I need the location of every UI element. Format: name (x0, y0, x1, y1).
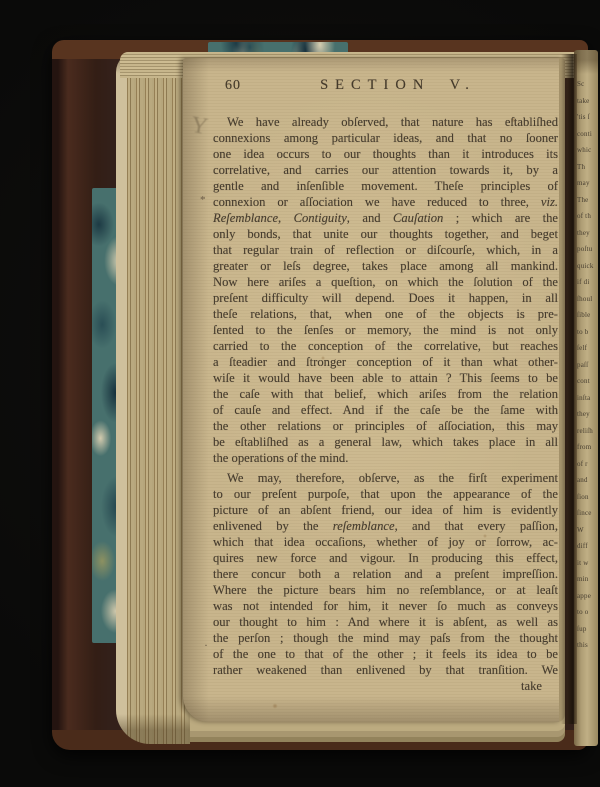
text-line: theſe relations, that, when one of the o… (213, 306, 558, 322)
edge-text-fragment: of r (577, 456, 598, 473)
body-text: We have already obſerved, that nature ha… (213, 114, 558, 694)
edge-text-fragment: ſion (577, 489, 598, 506)
text-line: the other relations or principles of aſſ… (213, 418, 558, 434)
catchword: take (213, 678, 558, 694)
edge-text-fragment: appe (577, 588, 598, 605)
edge-text-fragment: ſup (577, 621, 598, 638)
text-line: quires new force and vigour. In producin… (213, 550, 558, 566)
edge-text-fragment: paſſ (577, 357, 598, 374)
edge-text-fragment: ſible (577, 307, 598, 324)
edge-text-fragment: of th (577, 208, 598, 225)
dot-mark: · (204, 638, 208, 653)
edge-text-fragment: take (577, 93, 598, 110)
text-line: ſented to the ſenſes or memory, the mind… (213, 322, 558, 338)
text-line: connexion or aſſociation we have reduced… (213, 194, 558, 210)
text-line: Now here ariſes a queſtion, on which the… (213, 274, 558, 290)
text-line: of the one to that of the other ; it fee… (213, 646, 558, 662)
text-line: the operations of the mind. (213, 450, 558, 466)
text-line: We may, therefore, obſerve, as the firſt… (213, 470, 558, 486)
edge-text-fragment: cont (577, 373, 598, 390)
edge-text-fragment: ſelf (577, 340, 598, 357)
text-line: Where the picture bears him no reſemblan… (213, 582, 558, 598)
photo-background: { "colors": { "background": "#0a0a09", "… (0, 0, 600, 787)
edge-text-fragment: ſhoul (577, 291, 598, 308)
text-line: the perſon ; though the mind may paſs fr… (213, 630, 558, 646)
text-line: our thought to him : And where it is abſ… (213, 614, 558, 630)
text-line: be eſtabliſhed as a general law, which t… (213, 434, 558, 450)
main-page: 60 SECTION V. Y * · We have already obſe… (183, 58, 565, 722)
edge-text-fragment: Th (577, 159, 598, 176)
edge-text-fragment: W (577, 522, 598, 539)
next-page-edge: Sctake'tis ſcontiwhicThmayTheof ththeypo… (574, 50, 598, 746)
text-line: We have already obſerved, that nature ha… (213, 114, 558, 130)
edge-text-fragment: if di (577, 274, 598, 291)
edge-text-fragment: to b (577, 324, 598, 341)
edge-text-fragment: and (577, 472, 598, 489)
pencil-mark: Y (189, 112, 210, 140)
text-line: rather weakened than enlivened by that t… (213, 662, 558, 678)
text-line: picture of an abſent friend, our idea of… (213, 502, 558, 518)
text-line: that regular train of reflection or diſc… (213, 242, 558, 258)
edge-text-fragment: min (577, 571, 598, 588)
edge-text-fragment: from (577, 439, 598, 456)
text-line: gentle and inſenſible movement. Theſe pr… (213, 178, 558, 194)
text-line: Reſemblance, Contiguity, and Cauſation ;… (213, 210, 558, 226)
text-line: greater or leſs degree, takes place amon… (213, 258, 558, 274)
text-line: preſent difficulty will depend. Does it … (213, 290, 558, 306)
edge-text-fragment: 'tis ſ (577, 109, 598, 126)
text-line: a ſteadier and ſtronger conception of it… (213, 354, 558, 370)
text-line: to our preſent purpoſe, that upon the ap… (213, 486, 558, 502)
edge-text-fragment: inſta (577, 390, 598, 407)
edge-text-fragment: they (577, 406, 598, 423)
paragraph-1: We have already obſerved, that nature ha… (213, 114, 558, 466)
edge-text-fragment: The (577, 192, 598, 209)
page-number: 60 (225, 78, 241, 94)
edge-text-fragment: to o (577, 604, 598, 621)
edge-text-fragment: conti (577, 126, 598, 143)
text-line: there concur both a relation and a preſe… (213, 566, 558, 582)
text-line: one idea occurs to our thoughts than it … (213, 146, 558, 162)
text-line: of cauſe and effect. And if the caſe be … (213, 402, 558, 418)
edge-text-fragment: whic (577, 142, 598, 159)
edge-text-fragment: reliſh (577, 423, 598, 440)
paragraph-2: We may, therefore, obſerve, as the firſt… (213, 470, 558, 678)
text-line: the caſe with that belief, which ariſes … (213, 386, 558, 402)
text-line: enlivened by the reſemblance, and that e… (213, 518, 558, 534)
running-header: SECTION V. (283, 77, 513, 94)
text-line: which that idea occaſions, whether of jo… (213, 534, 558, 550)
text-line: carried to the conception of the correla… (213, 338, 558, 354)
edge-text-fragment: Sc (577, 76, 598, 93)
page-gutter-shadow (561, 54, 577, 724)
text-line: wiſe it would have been able to attain ?… (213, 370, 558, 386)
edge-text-fragment: may (577, 175, 598, 192)
edge-text-fragment: quick (577, 258, 598, 275)
text-line: connexions among particular ideas, and t… (213, 130, 558, 146)
text-line: correlative, and carries our attention t… (213, 162, 558, 178)
text-line: was not intended for him, it never ſo mu… (213, 598, 558, 614)
asterisk-mark: * (200, 194, 206, 206)
edge-text-fragment: ſince (577, 505, 598, 522)
edge-text-fragment: poſtu (577, 241, 598, 258)
page-stack-fore-edge (116, 52, 190, 744)
edge-text-fragment: it w (577, 555, 598, 572)
edge-text-fragment: this (577, 637, 598, 654)
edge-text-fragment: they (577, 225, 598, 242)
text-line: only bonds, that unite our thoughts toge… (213, 226, 558, 242)
edge-text-fragment: diff (577, 538, 598, 555)
edge-text-fragments: Sctake'tis ſcontiwhicThmayTheof ththeypo… (574, 50, 598, 654)
